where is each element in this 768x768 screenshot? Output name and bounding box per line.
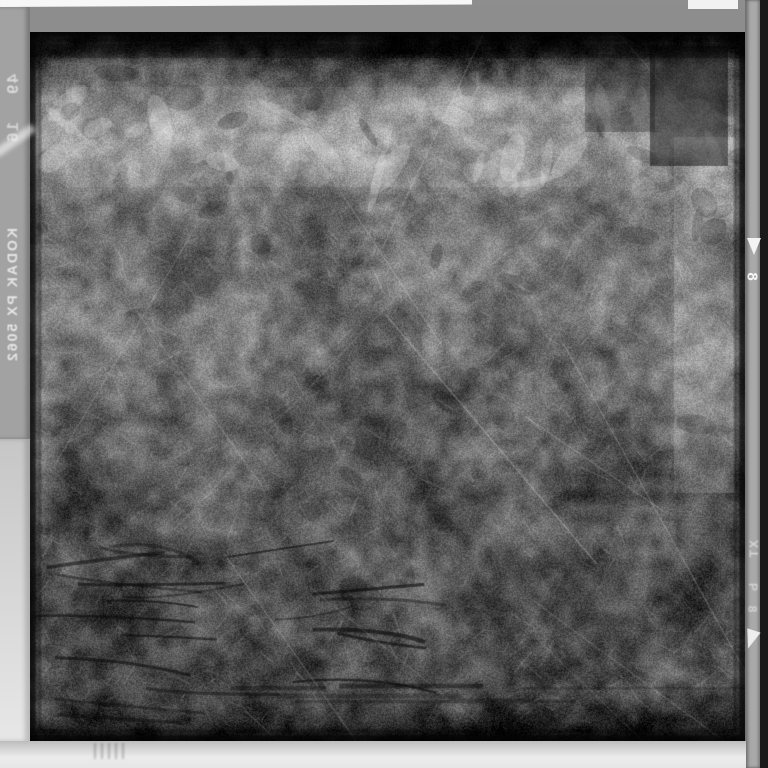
frame-number-49: 49 bbox=[5, 74, 23, 96]
edge-marking-xt: XT bbox=[747, 540, 761, 559]
film-rebate-top-band bbox=[0, 6, 746, 32]
frame-marker-triangle-icon bbox=[747, 238, 761, 255]
frame-number-8: 8 bbox=[744, 272, 761, 280]
rebate-smudge-mark bbox=[94, 743, 128, 759]
edge-marking-p: P bbox=[746, 583, 760, 591]
edge-marking-8: 8 bbox=[745, 606, 759, 613]
scan-edge-black bbox=[760, 0, 768, 768]
frame-number-16: 16 bbox=[5, 122, 23, 144]
film-rebate-left-lower bbox=[0, 439, 30, 741]
film-rebate-right bbox=[745, 0, 761, 768]
film-negative-scan: 49 16 KODAK PX 5062 8 XT P 8 bbox=[0, 0, 768, 768]
kodak-edge-marking: KODAK PX 5062 bbox=[4, 228, 20, 363]
film-rebate-left-upper bbox=[0, 7, 30, 439]
scanner-edge-white-tab bbox=[688, 0, 738, 9]
photograph-ground-grass-rock-texture bbox=[30, 30, 745, 741]
